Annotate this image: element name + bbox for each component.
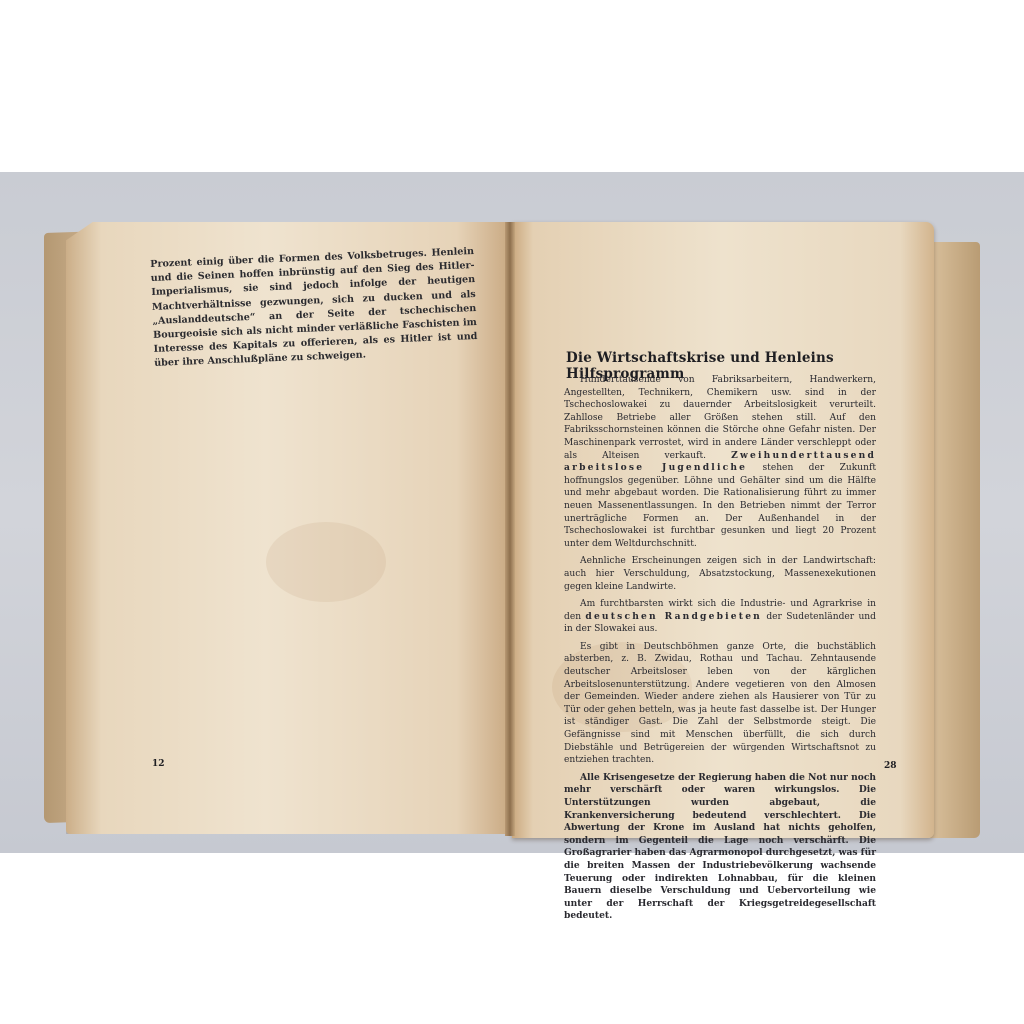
left-page-number: 12 <box>152 759 165 769</box>
right-page-body: Hunderttausende von Fabriksarbeitern, Ha… <box>564 374 876 928</box>
paragraph: Aehnliche Erscheinungen zeigen sich in d… <box>564 555 876 593</box>
right-page-number: 28 <box>884 761 897 771</box>
paragraph: Hunderttausende von Fabriksarbeitern, Ha… <box>564 374 876 550</box>
paragraph: Alle Krisengesetze der Regierung haben d… <box>564 772 876 923</box>
left-page-text: Prozent einig über die Formen des Volksb… <box>150 245 478 372</box>
paragraph: Es gibt in Deutschböhmen ganze Orte, die… <box>564 641 876 767</box>
back-cover-right-edge <box>930 242 980 838</box>
book-gutter <box>505 222 515 836</box>
paper-stain <box>266 522 386 602</box>
open-booklet: Prozent einig über die Formen des Volksb… <box>0 0 1024 1024</box>
paragraph: Am furchtbarsten wirkt sich die Industri… <box>564 598 876 636</box>
